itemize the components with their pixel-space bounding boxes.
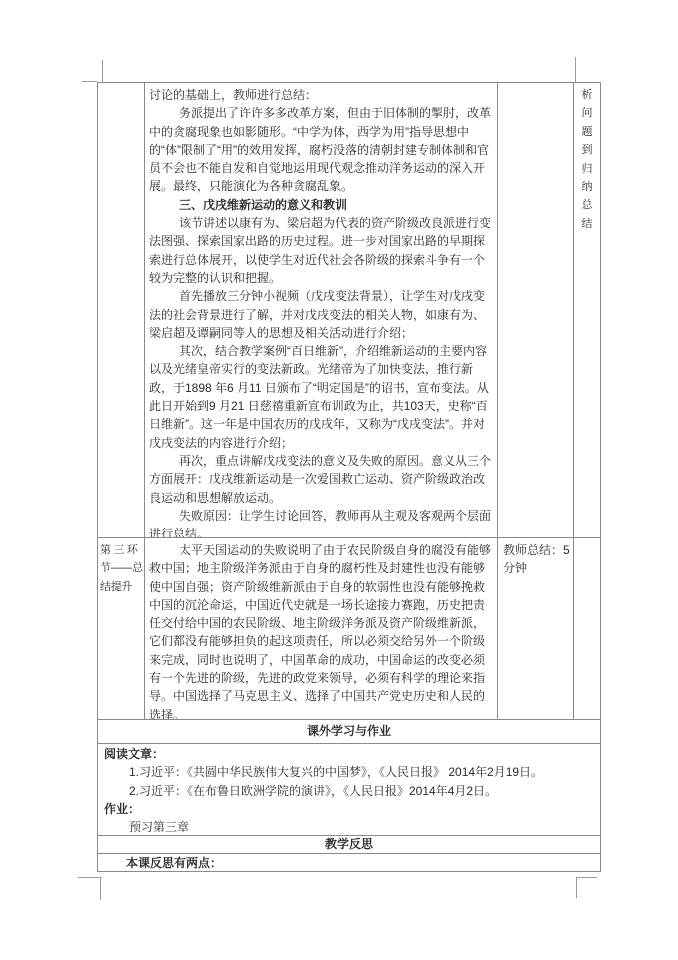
paragraph: 讨论的基础上，教师进行总结：: [149, 86, 491, 104]
paragraph: 三、戊戌维新运动的意义和教训: [149, 196, 491, 214]
lesson-plan-table: 讨论的基础上，教师进行总结：务派提出了许许多多改革方案，但由于旧体制的掣肘，改革…: [97, 82, 601, 872]
crop-mark-top-left-vertical: [102, 60, 103, 82]
lesson-content-cell-continuation: 讨论的基础上，教师进行总结：务派提出了许许多多改革方案，但由于旧体制的掣肘，改革…: [145, 83, 498, 538]
time-note-cell-stage3: 教师总结：5 分钟: [498, 538, 574, 720]
margin-note-empty-cell: [574, 538, 600, 720]
stage-label-cell-continuation: [98, 83, 145, 538]
paragraph: 失败原因：让学生讨论回答，教师再从主观及客观两个层面进行总结。: [149, 507, 491, 538]
crop-mark-bottom-left-vertical: [100, 877, 101, 900]
paragraph: 务派提出了许许多多改革方案，但由于旧体制的掣肘，改革中的贪腐现象也如影随形。“中…: [149, 104, 491, 195]
crop-mark-top-left-horizontal: [82, 81, 97, 82]
time-note-cell-continuation: [498, 83, 574, 538]
lesson-content-cell-stage3: 太平天国运动的失败说明了由于农民阶级自身的腐没有能够救中国；地主阶级洋务派由于自…: [145, 538, 498, 720]
paragraph: 再次，重点讲解戊戌变法的意义及失败的原因。意义从三个方面展开：戊戌维新运动是一次…: [149, 452, 491, 507]
crop-mark-bottom-right-horizontal: [576, 877, 597, 878]
extracurricular-body-cell: 阅读文章： 1.习近平：《共圆中华民族伟大复兴的中国梦》，《人民日报》 2014…: [98, 744, 600, 836]
reading-label: 阅读文章：: [98, 745, 600, 763]
assignment-item: 预习第三章: [98, 818, 600, 836]
extracurricular-header: 课外学习与作业: [98, 720, 600, 744]
scanned-lesson-plan-page: 讨论的基础上，教师进行总结：务派提出了许许多多改革方案，但由于旧体制的掣肘，改革…: [0, 0, 678, 960]
stage-label-cell-stage3: 第 三 环 节——总 结提升: [98, 538, 145, 720]
paragraph: 首先播放三分钟小视频（戊戌变法背景），让学生对戊戌变法的社会背景进行了解，并对戊…: [149, 287, 491, 342]
margin-note-vertical: 析 问 题 到 归 纳 总 结: [574, 83, 600, 538]
paragraph: 其次，结合教学案例“百日维新”，介绍维新运动的主要内容以及光绪皇帝实行的变法新政…: [149, 342, 491, 452]
reading-item-2: 2.习近平：《在布鲁日欧洲学院的演讲》，《人民日报》2014年4月2日。: [98, 782, 600, 800]
crop-mark-bottom-right-vertical: [576, 877, 577, 898]
paragraph: 太平天国运动的失败说明了由于农民阶级自身的腐没有能够救中国；地主阶级洋务派由于自…: [149, 541, 491, 720]
reflection-body: 本课反思有两点：: [98, 854, 600, 871]
crop-mark-top-right-vertical: [575, 57, 576, 82]
assignment-label: 作业：: [98, 800, 600, 818]
crop-mark-bottom-left-horizontal: [78, 877, 102, 878]
reading-item-1: 1.习近平：《共圆中华民族伟大复兴的中国梦》，《人民日报》 2014年2月19日…: [98, 763, 600, 781]
reflection-header: 教学反思: [98, 836, 600, 854]
paragraph: 该节讲述以康有为、梁启超为代表的资产阶级改良派进行变法图强、探索国家出路的历史过…: [149, 214, 491, 287]
